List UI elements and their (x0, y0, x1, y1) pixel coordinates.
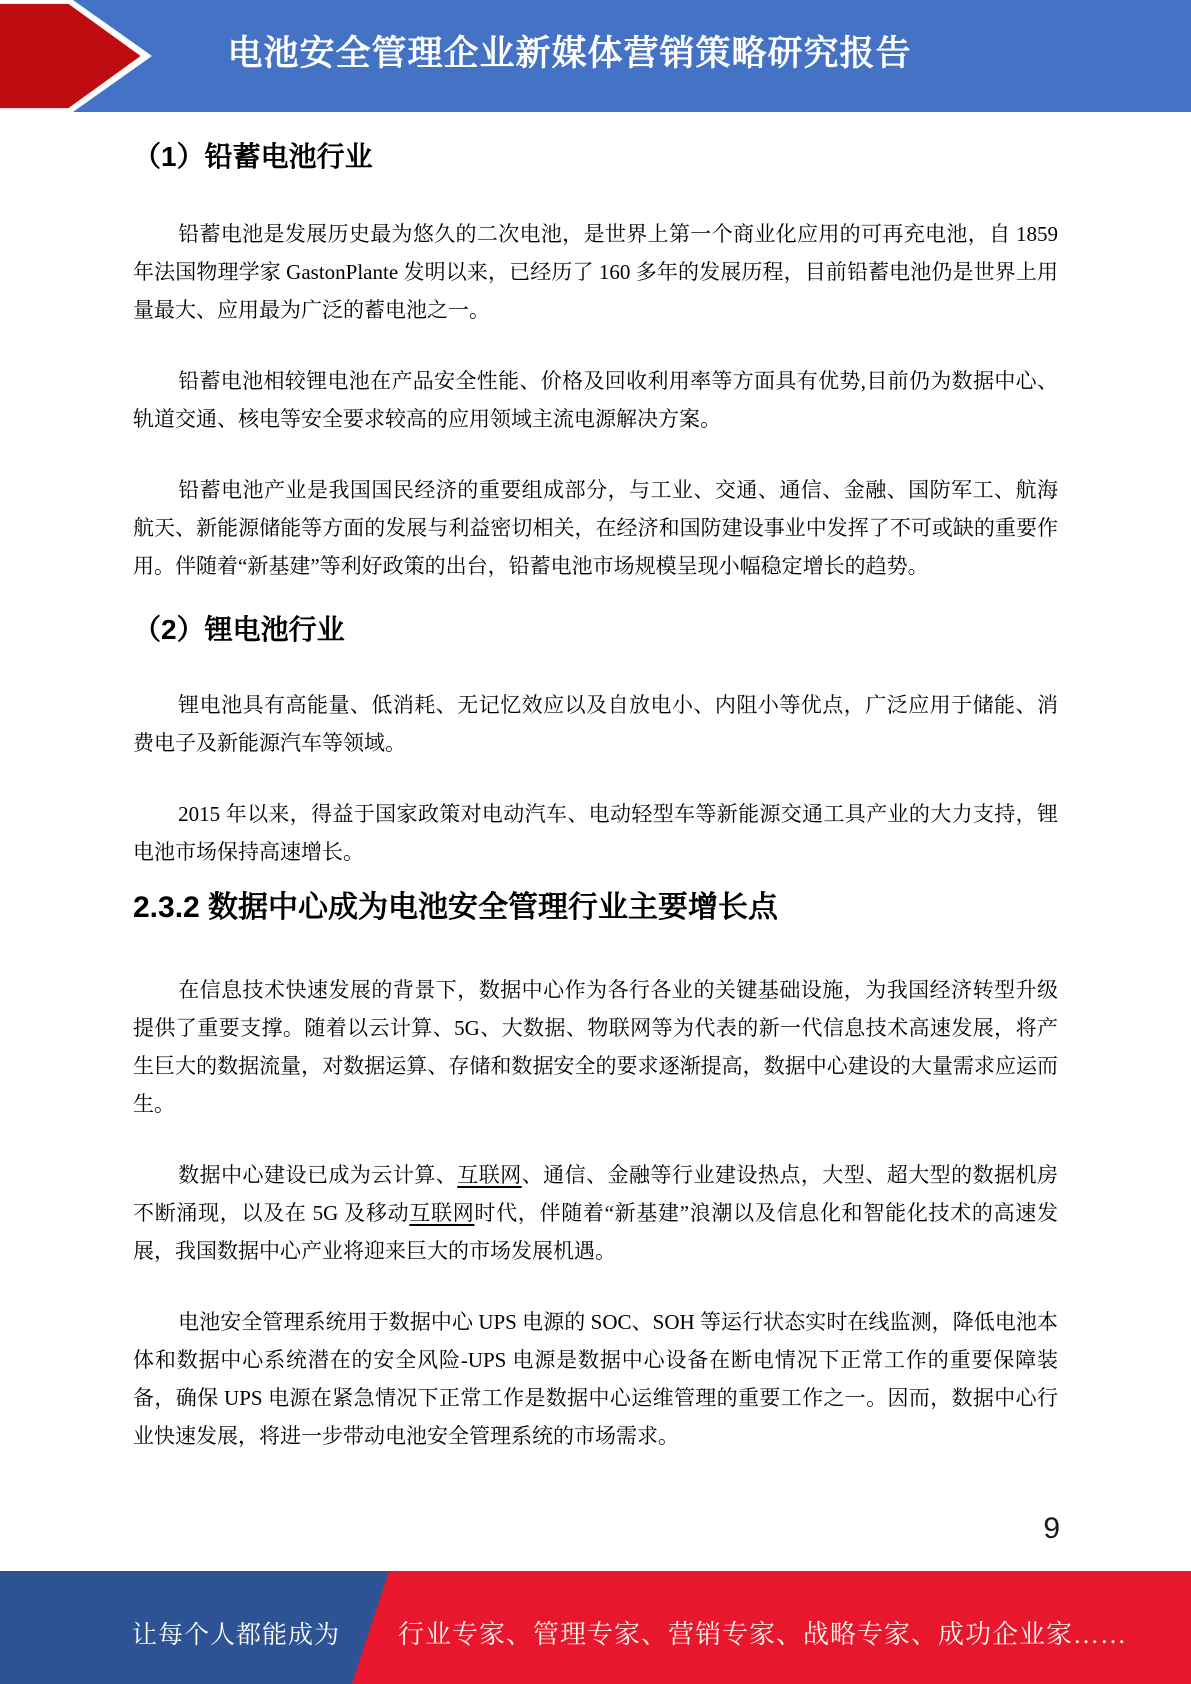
section-heading-lithium: （2）锂电池行业 (133, 610, 1058, 650)
document-body: （1）铅蓄电池行业 铅蓄电池是发展历史最为悠久的二次电池，是世界上第一个商业化应… (0, 112, 1191, 1455)
header-banner: 电池安全管理企业新媒体营销策略研究报告 (0, 0, 1191, 112)
footer-slogan-right: 行业专家、管理专家、营销专家、战略专家、成功企业家…… (398, 1571, 1127, 1684)
report-page: 电池安全管理企业新媒体营销策略研究报告 （1）铅蓄电池行业 铅蓄电池是发展历史最… (0, 0, 1191, 1684)
report-title: 电池安全管理企业新媒体营销策略研究报告 (0, 0, 1191, 112)
body-paragraph: 锂电池具有高能量、低消耗、无记忆效应以及自放电小、内阻小等优点，广泛应用于储能、… (133, 686, 1058, 762)
page-number: 9 (1043, 1512, 1060, 1546)
body-paragraph: 电池安全管理系统用于数据中心 UPS 电源的 SOC、SOH 等运行状态实时在线… (133, 1303, 1058, 1455)
body-paragraph: 数据中心建设已成为云计算、互联网、通信、金融等行业建设热点，大型、超大型的数据机… (133, 1156, 1058, 1270)
section-heading-data-center: 2.3.2 数据中心成为电池安全管理行业主要增长点 (133, 887, 1058, 929)
body-paragraph: 2015 年以来，得益于国家政策对电动汽车、电动轻型车等新能源交通工具产业的大力… (133, 795, 1058, 871)
body-paragraph: 铅蓄电池产业是我国国民经济的重要组成部分，与工业、交通、通信、金融、国防军工、航… (133, 471, 1058, 585)
body-paragraph: 铅蓄电池是发展历史最为悠久的二次电池，是世界上第一个商业化应用的可再充电池，自 … (133, 215, 1058, 329)
underlined-text: 互联网 (409, 1201, 474, 1225)
body-paragraph: 铅蓄电池相较锂电池在产品安全性能、价格及回收利用率等方面具有优势,目前仍为数据中… (133, 362, 1058, 438)
footer-bar: 让每个人都能成为 行业专家、管理专家、营销专家、战略专家、成功企业家…… (0, 1571, 1191, 1684)
text-segment: 数据中心建设已成为云计算、 (178, 1163, 457, 1187)
underlined-text: 互联网 (457, 1163, 521, 1187)
body-paragraph: 在信息技术快速发展的背景下，数据中心作为各行各业的关键基础设施，为我国经济转型升… (133, 971, 1058, 1123)
section-heading-lead-acid: （1）铅蓄电池行业 (133, 137, 1058, 177)
footer-slogan-left: 让每个人都能成为 (0, 1571, 340, 1684)
